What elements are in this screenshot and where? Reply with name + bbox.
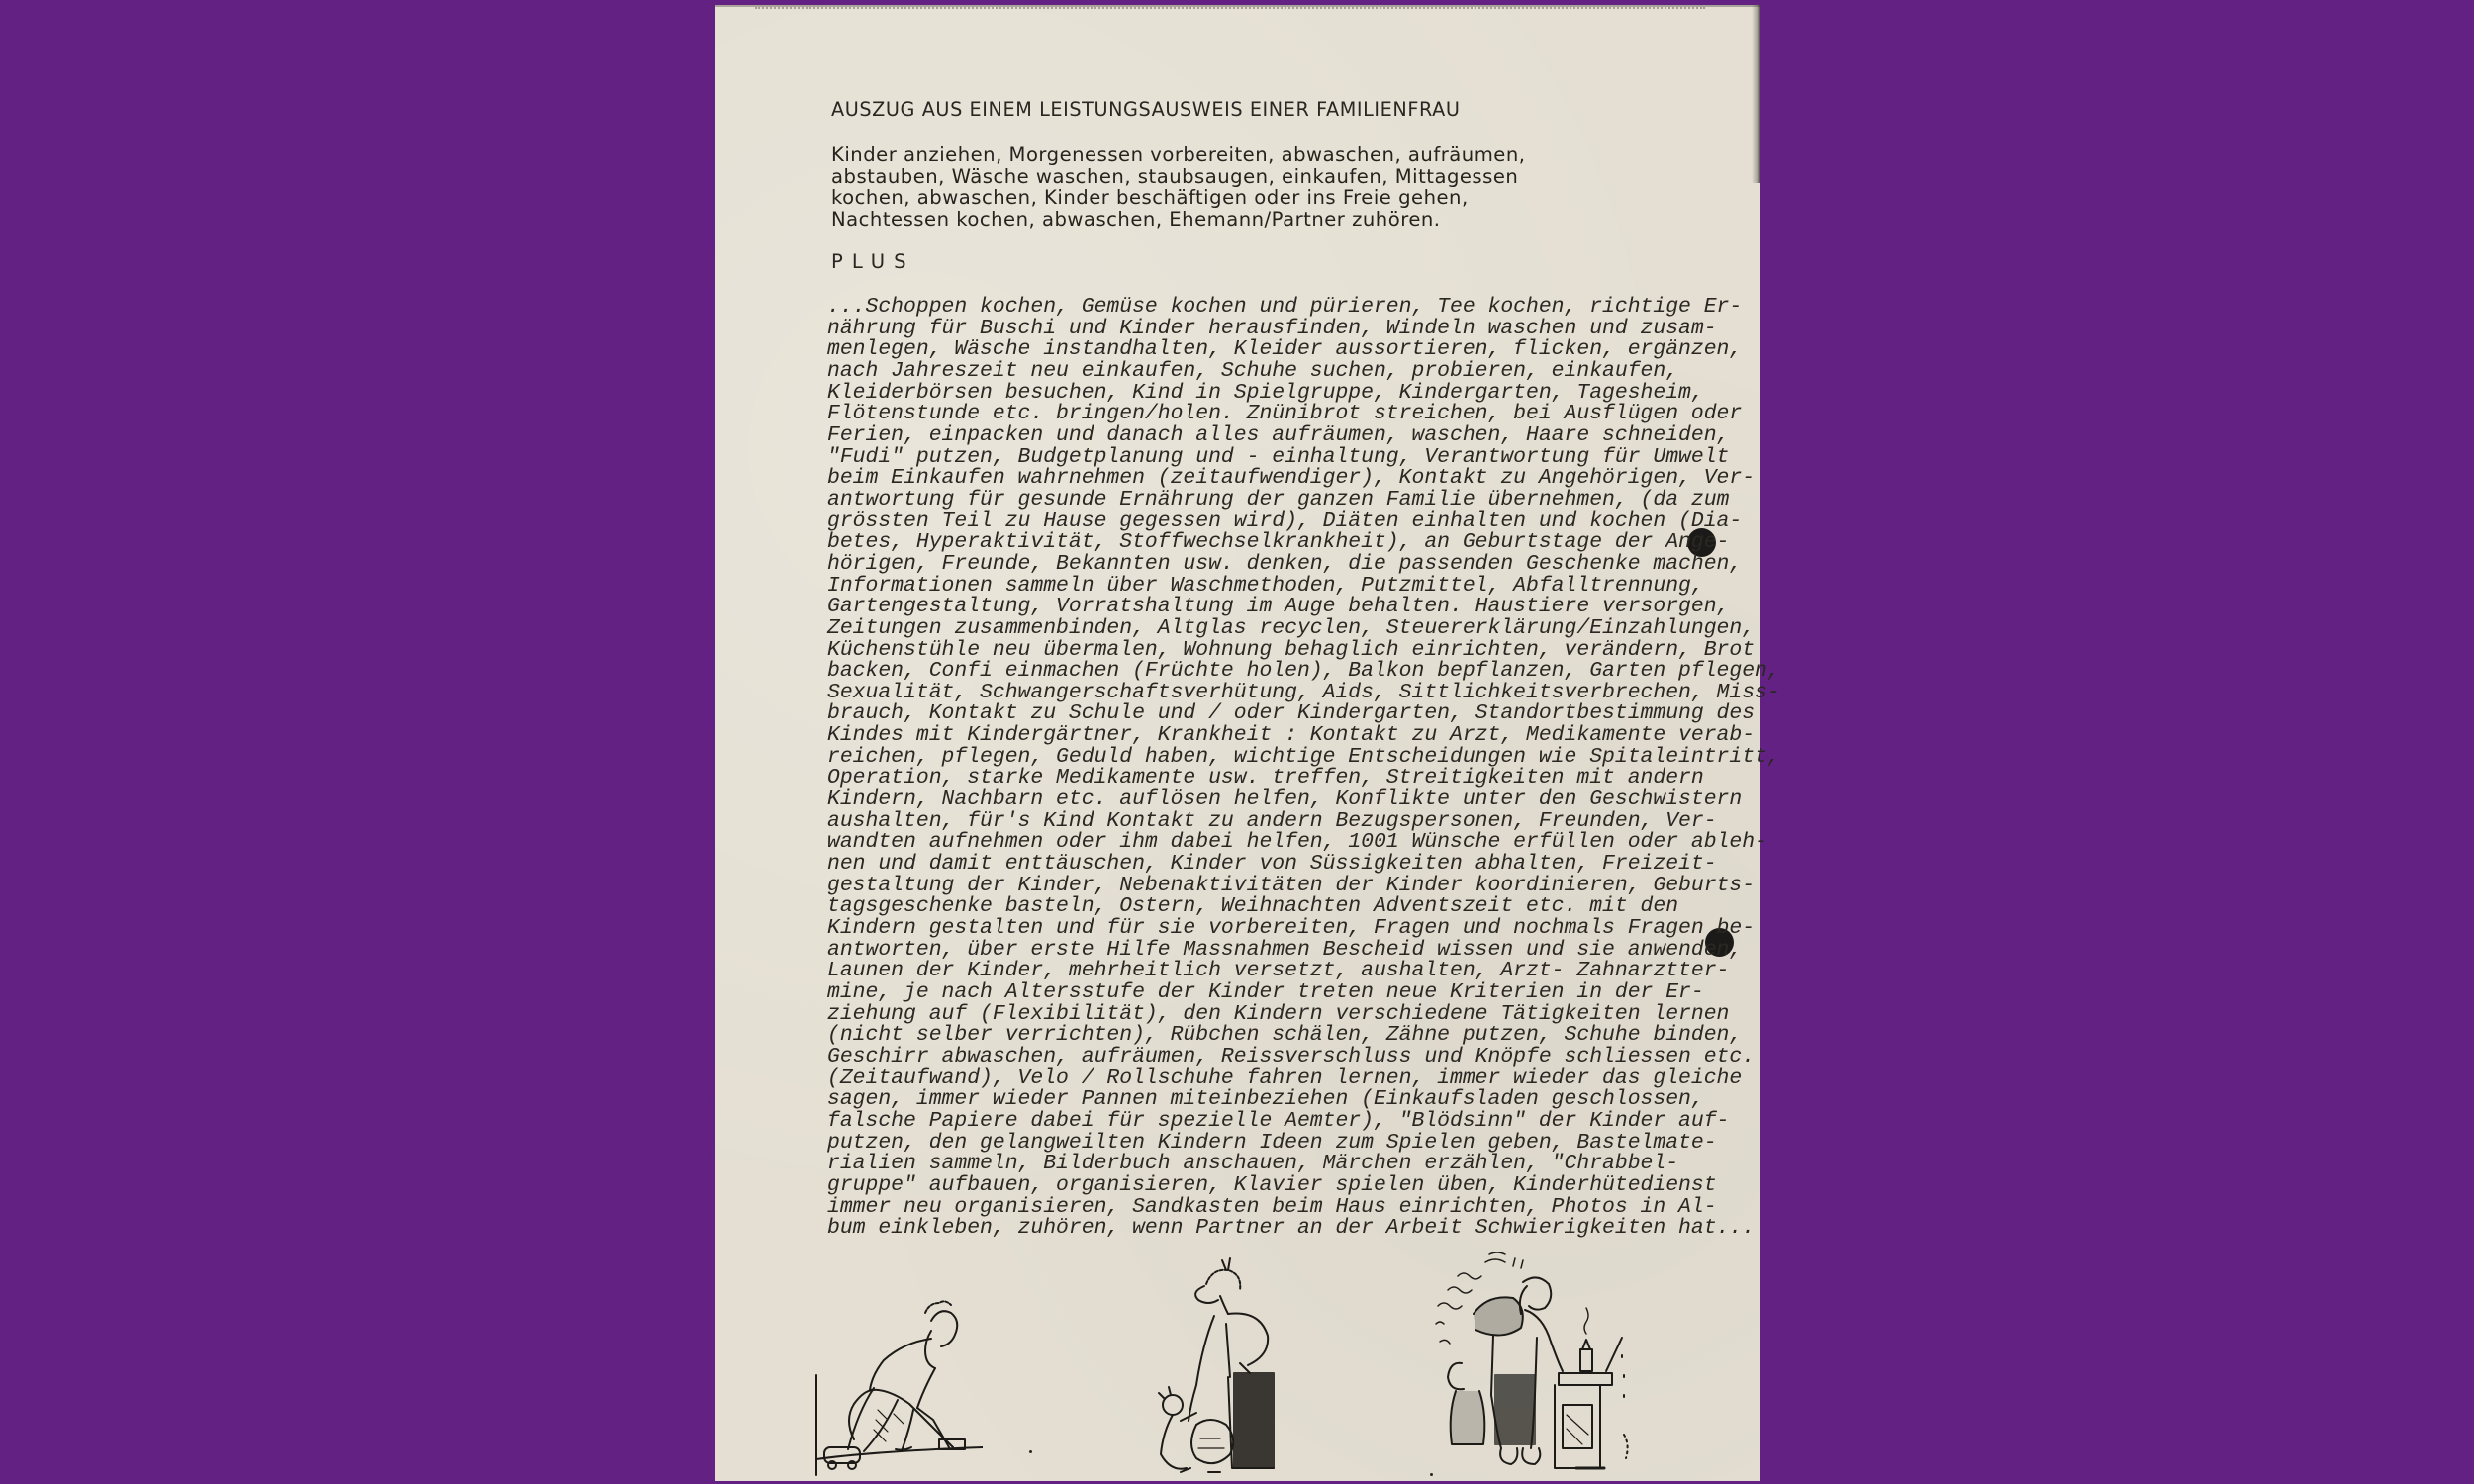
task-list-line: sagen, immer wieder Pannen miteinbeziehe… <box>827 1089 1780 1111</box>
task-list-line: Launen der Kinder, mehrheitlich versetzt… <box>827 961 1780 982</box>
document-title: AUSZUG AUS EINEM LEISTUNGSAUSWEIS EINER … <box>831 98 1461 121</box>
task-list-line: Kindes mit Kindergärtner, Krankheit : Ko… <box>827 725 1780 747</box>
paper-speck <box>1029 1450 1032 1453</box>
task-list-line: ...Schoppen kochen, Gemüse kochen und pü… <box>827 297 1780 319</box>
task-list-line: Geschirr abwaschen, aufräumen, Reissvers… <box>827 1047 1780 1068</box>
intro-line: abstauben, Wäsche waschen, staubsaugen, … <box>831 166 1526 188</box>
task-list-line: beim Einkaufen wahrnehmen (zeitaufwendig… <box>827 468 1780 490</box>
task-list-line: betes, Hyperaktivität, Stoffwechselkrank… <box>827 532 1780 554</box>
task-list-line: putzen, den gelangweilten Kindern Ideen … <box>827 1133 1780 1155</box>
task-list-line: gestaltung der Kinder, Nebenaktivitäten … <box>827 876 1780 897</box>
task-list-line: grössten Teil zu Hause gegessen wird), D… <box>827 511 1780 533</box>
task-list-line: nen und damit enttäuschen, Kinder von Sü… <box>827 854 1780 876</box>
task-list-line: (nicht selber verrichten), Rübchen schäl… <box>827 1025 1780 1047</box>
task-list-line: antwortung für gesunde Ernährung der gan… <box>827 490 1780 511</box>
task-list-line: Kindern gestalten und für sie vorbereite… <box>827 918 1780 940</box>
paper-curled-edge <box>1752 5 1760 183</box>
task-list-line: bum einkleben, zuhören, wenn Partner an … <box>827 1218 1780 1240</box>
intro-line: Kinder anziehen, Morgenessen vorbereiten… <box>831 144 1526 166</box>
task-list-line: brauch, Kontakt zu Schule und / oder Kin… <box>827 703 1780 725</box>
task-list-line: immer neu organisieren, Sandkasten beim … <box>827 1197 1780 1219</box>
task-list-line: ziehung auf (Flexibilität), den Kindern … <box>827 1004 1780 1026</box>
task-list-line: hörigen, Freunde, Bekannten usw. denken,… <box>827 554 1780 576</box>
paper-top-edge <box>755 7 1705 12</box>
task-list-line: reichen, pflegen, Geduld haben, wichtige… <box>827 747 1780 769</box>
task-list-paragraph: ...Schoppen kochen, Gemüse kochen und pü… <box>827 297 1780 1240</box>
task-list-line: aushalten, für's Kind Kontakt zu andern … <box>827 811 1780 833</box>
task-list-line: gruppe" aufbauen, organisieren, Klavier … <box>827 1175 1780 1197</box>
woman-with-child-illustration <box>1151 1256 1299 1479</box>
task-list-line: backen, Confi einmachen (Früchte holen),… <box>827 661 1780 683</box>
paper-speck <box>1430 1473 1433 1476</box>
task-list-line: "Fudi" putzen, Budgetplanung und - einha… <box>827 447 1780 469</box>
task-list-line: nährung für Buschi und Kinder herausfind… <box>827 319 1780 340</box>
plus-heading: PLUS <box>831 250 915 273</box>
task-list-line: wandten aufnehmen oder ihm dabei helfen,… <box>827 832 1780 854</box>
task-list-line: Gartengestaltung, Vorratshaltung im Auge… <box>827 597 1780 618</box>
task-list-line: Flötenstunde etc. bringen/holen. Znünibr… <box>827 404 1780 425</box>
task-list-line: rialien sammeln, Bilderbuch anschauen, M… <box>827 1154 1780 1175</box>
document-page: AUSZUG AUS EINEM LEISTUNGSAUSWEIS EINER … <box>715 5 1760 1481</box>
task-list-line: Sexualität, Schwangerschaftsverhütung, A… <box>827 683 1780 704</box>
woman-at-stove-with-baby-illustration <box>1428 1247 1641 1479</box>
task-list-line: (Zeitaufwand), Velo / Rollschuhe fahren … <box>827 1068 1780 1090</box>
intro-paragraph: Kinder anziehen, Morgenessen vorbereiten… <box>831 144 1526 230</box>
task-list-line: nach Jahreszeit neu einkaufen, Schuhe su… <box>827 361 1780 383</box>
task-list-line: Kleiderbörsen besuchen, Kind in Spielgru… <box>827 383 1780 405</box>
task-list-line: menlegen, Wäsche instandhalten, Kleider … <box>827 339 1780 361</box>
woman-vacuuming-illustration <box>814 1281 983 1479</box>
task-list-line: tagsgeschenke basteln, Ostern, Weihnacht… <box>827 896 1780 918</box>
task-list-line: Zeitungen zusammenbinden, Altglas recycl… <box>827 618 1780 640</box>
task-list-line: Kindern, Nachbarn etc. auflösen helfen, … <box>827 789 1780 811</box>
intro-line: Nachtessen kochen, abwaschen, Ehemann/Pa… <box>831 209 1526 231</box>
task-list-line: mine, je nach Altersstufe der Kinder tre… <box>827 982 1780 1004</box>
intro-line: kochen, abwaschen, Kinder beschäftigen o… <box>831 187 1526 209</box>
task-list-line: Küchenstühle neu übermalen, Wohnung beha… <box>827 640 1780 662</box>
task-list-line: Operation, starke Medikamente usw. treff… <box>827 768 1780 789</box>
task-list-line: Informationen sammeln über Waschmethoden… <box>827 576 1780 598</box>
task-list-line: Ferien, einpacken und danach alles aufrä… <box>827 425 1780 447</box>
task-list-line: antworten, über erste Hilfe Massnahmen B… <box>827 940 1780 962</box>
task-list-line: falsche Papiere dabei für spezielle Aemt… <box>827 1111 1780 1133</box>
